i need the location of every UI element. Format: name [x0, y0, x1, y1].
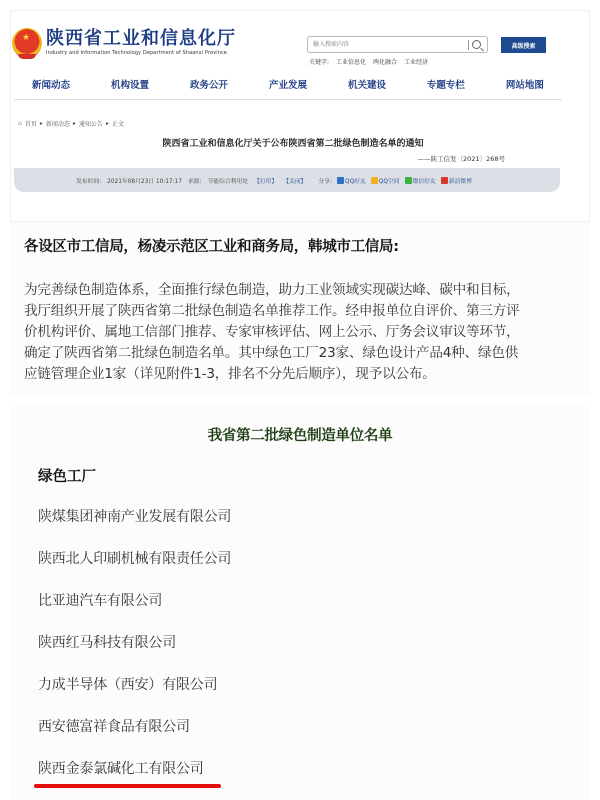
- share-wechat-label: 微信好友: [413, 176, 436, 185]
- share-group: 分享: QQ好友 QQ空间 微信好友 新浪微博: [318, 176, 471, 185]
- share-qq-friend[interactable]: QQ好友: [337, 176, 366, 185]
- search-input[interactable]: [308, 38, 468, 52]
- share-qzone-label: QQ空间: [379, 176, 400, 185]
- print-link[interactable]: 【打印】: [254, 176, 277, 185]
- company-item: 力成半导体（西安）有限公司: [38, 674, 217, 694]
- company-item: 西安德富祥食品有限公司: [38, 716, 190, 736]
- home-icon: ⌂: [18, 120, 22, 127]
- main-nav: 新闻动态 机构设置 政务公开 产业发展 机关建设 专题专栏 网站地图: [14, 78, 562, 100]
- paragraph-line: 应链管理企业1家（详见附件1-3，排名不分先后顺序），现予以公布。: [24, 364, 576, 385]
- company-item: 陕煤集团神南产业发展有限公司: [38, 506, 231, 526]
- article-meta-bar: 发布时间: 2021年08月23日 10:17:17 来源: 节能综合利用处 【…: [14, 168, 560, 192]
- publish-label: 发布时间:: [76, 176, 101, 185]
- share-weibo[interactable]: 新浪微博: [441, 176, 472, 185]
- weibo-icon: [441, 177, 448, 184]
- section-heading-green-factory: 绿色工厂: [38, 465, 96, 486]
- article-title: 陕西省工业和信息化厅关于公布陕西省第二批绿色制造名单的通知: [0, 136, 580, 149]
- close-link[interactable]: 【关闭】: [283, 176, 306, 185]
- qq-icon: [337, 177, 344, 184]
- source-value: 节能综合利用处: [207, 176, 248, 185]
- breadcrumb-separator-icon: ▸: [73, 120, 76, 127]
- breadcrumb-current: 正文: [112, 119, 124, 128]
- breadcrumb-separator-icon: ▸: [106, 120, 109, 127]
- keyword-link[interactable]: 两化融合: [373, 57, 397, 66]
- share-wechat[interactable]: 微信好友: [405, 176, 436, 185]
- keyword-link[interactable]: 工业经济: [404, 57, 428, 66]
- paragraph-line: 我厅组织开展了陕西省第二批绿色制造名单推荐工作。经申报单位自评价、第三方评: [24, 301, 576, 322]
- breadcrumb-news[interactable]: 新闻动态: [46, 119, 70, 128]
- source-label: 来源:: [188, 176, 202, 185]
- company-item: 陕西红马科技有限公司: [38, 632, 176, 652]
- share-weibo-label: 新浪微博: [449, 176, 472, 185]
- nav-item-special-topics[interactable]: 专题专栏: [427, 78, 465, 99]
- salutation: 各设区市工信局，杨凌示范区工业和商务局，韩城市工信局:: [24, 235, 399, 256]
- paragraph-line: 价机构评价、属地工信部门推荐、专家审核评估、网上公示、厅务会议审议等环节，: [24, 322, 576, 343]
- nav-item-industry[interactable]: 产业发展: [269, 78, 307, 99]
- paragraph-line: 确定了陕西省第二批绿色制造名单。其中绿色工厂23家、绿色设计产品4种、绿色供: [24, 343, 576, 364]
- company-item: 陕西北人印刷机械有限责任公司: [38, 548, 231, 568]
- search-divider: [468, 40, 469, 50]
- red-highlight-underline: [34, 784, 221, 788]
- keyword-link[interactable]: 工业信息化: [336, 57, 366, 66]
- wechat-icon: [405, 177, 412, 184]
- article-paragraph: 为完善绿色制造体系，全面推行绿色制造，助力工业领域实现碳达峰、碳中和目标， 我厅…: [24, 280, 576, 385]
- search-icon[interactable]: [472, 40, 481, 49]
- keywords-label: 关键字:: [309, 57, 329, 66]
- breadcrumb-notices[interactable]: 通知公告: [79, 119, 103, 128]
- nav-item-organization[interactable]: 机构设置: [111, 78, 149, 99]
- site-title-en: Industry and Information Technology Depa…: [46, 49, 236, 57]
- paragraph-line: 为完善绿色制造体系，全面推行绿色制造，助力工业领域实现碳达峰、碳中和目标，: [24, 280, 576, 301]
- publish-time: 2021年08月23日 10:17:17: [107, 176, 182, 185]
- search-area: 高级搜索 关键字: 工业信息化 两化融合 工业经济: [307, 36, 488, 66]
- advanced-search-button[interactable]: 高级搜索: [501, 37, 546, 53]
- nav-item-news[interactable]: 新闻动态: [32, 78, 70, 99]
- breadcrumb: ⌂ 首页 ▸ 新闻动态 ▸ 通知公告 ▸ 正文: [18, 119, 124, 128]
- search-box: [307, 36, 488, 53]
- document-number: ——陕工信发〔2021〕268号: [418, 154, 505, 163]
- qzone-icon: [371, 177, 378, 184]
- share-qzone[interactable]: QQ空间: [371, 176, 400, 185]
- search-keywords: 关键字: 工业信息化 两化融合 工业经济: [307, 57, 488, 66]
- company-item: 比亚迪汽车有限公司: [38, 590, 162, 610]
- breadcrumb-home[interactable]: 首页: [25, 119, 37, 128]
- list-title: 我省第二批绿色制造单位名单: [0, 424, 600, 445]
- breadcrumb-separator-icon: ▸: [40, 120, 43, 127]
- nav-item-sitemap[interactable]: 网站地图: [506, 78, 544, 99]
- site-title-cn: 陕西省工业和信息化厅: [46, 29, 236, 49]
- share-label: 分享:: [318, 176, 332, 185]
- nav-item-party-building[interactable]: 机关建设: [348, 78, 386, 99]
- site-logo[interactable]: 陕西省工业和信息化厅 Industry and Information Tech…: [12, 28, 236, 58]
- national-emblem-icon: [12, 28, 42, 58]
- company-item-highlighted: 陕西金泰氯碱化工有限公司: [38, 758, 204, 778]
- share-qq-friend-label: QQ好友: [345, 176, 366, 185]
- nav-item-government-affairs[interactable]: 政务公开: [190, 78, 228, 99]
